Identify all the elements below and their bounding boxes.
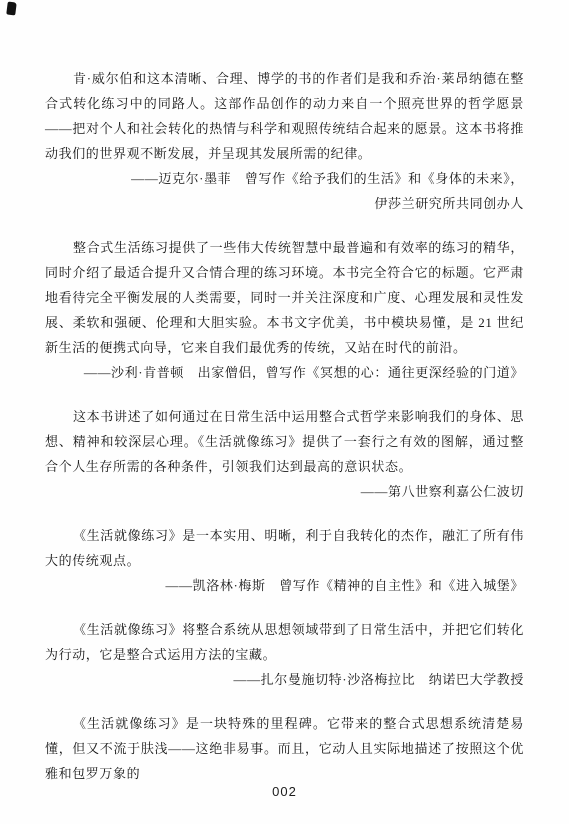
endorsement-block: 《生活就像练习》是一块特殊的里程碑。它带来的整合式思想系统清楚易懂，但又不流于肤… (45, 711, 524, 786)
endorsement-block: 《生活就像练习》是一本实用、明晰，利于自我转化的杰作，融汇了所有伟大的传统观点。… (45, 523, 524, 598)
endorsement-text: 《生活就像练习》是一本实用、明晰，利于自我转化的杰作，融汇了所有伟大的传统观点。 (45, 523, 524, 573)
endorsements-list: 肯·威尔伯和这本清晰、合理、博学的书的作者们是我和乔治·莱昂纳德在整合式转化练习… (45, 66, 524, 805)
attribution-lines: ——扎尔曼施切特·沙洛梅拉比 纳诺巴大学教授 (45, 667, 524, 692)
page-number: 002 (272, 784, 297, 799)
attribution-lines: ——迈克尔·墨菲 曾写作《给予我们的生活》和《身体的未来》，伊莎兰研究所共同创办… (45, 166, 524, 216)
ink-smudge-mark (6, 2, 17, 16)
endorsement-block: 肯·威尔伯和这本清晰、合理、博学的书的作者们是我和乔治·莱昂纳德在整合式转化练习… (45, 66, 524, 216)
attribution-lines: ——沙利·肯普顿 出家僧侣，曾写作《冥想的心：通往更深经验的门道》 (45, 360, 524, 385)
attribution-lines: ——第八世察利嘉公仁波切 (45, 479, 524, 504)
attribution-line: 伊莎兰研究所共同创办人 (45, 191, 524, 216)
attribution-line: ——凯洛林·梅斯 曾写作《精神的自主性》和《进入城堡》 (45, 573, 524, 598)
book-page: 肯·威尔伯和这本清晰、合理、博学的书的作者们是我和乔治·莱昂纳德在整合式转化练习… (0, 0, 569, 824)
attribution-line: ——迈克尔·墨菲 曾写作《给予我们的生活》和《身体的未来》， (45, 166, 524, 191)
attribution-line: ——扎尔曼施切特·沙洛梅拉比 纳诺巴大学教授 (45, 667, 524, 692)
endorsement-block: 这本书讲述了如何通过在日常生活中运用整合式哲学来影响我们的身体、思想、精神和较深… (45, 404, 524, 504)
endorsement-text: 《生活就像练习》将整合系统从思想领域带到了日常生活中，并把它们转化为行动，它是整… (45, 617, 524, 667)
endorsement-text: 《生活就像练习》是一块特殊的里程碑。它带来的整合式思想系统清楚易懂，但又不流于肤… (45, 711, 524, 786)
attribution-line: ——沙利·肯普顿 出家僧侣，曾写作《冥想的心：通往更深经验的门道》 (45, 360, 524, 385)
page-footer: 002 (0, 783, 569, 801)
endorsement-block: 《生活就像练习》将整合系统从思想领域带到了日常生活中，并把它们转化为行动，它是整… (45, 617, 524, 692)
endorsement-text: 这本书讲述了如何通过在日常生活中运用整合式哲学来影响我们的身体、思想、精神和较深… (45, 404, 524, 479)
endorsement-block: 整合式生活练习提供了一些伟大传统智慧中最普遍和有效率的练习的精华，同时介绍了最适… (45, 235, 524, 385)
endorsement-text: 肯·威尔伯和这本清晰、合理、博学的书的作者们是我和乔治·莱昂纳德在整合式转化练习… (45, 66, 524, 166)
attribution-line: ——第八世察利嘉公仁波切 (45, 479, 524, 504)
endorsement-text: 整合式生活练习提供了一些伟大传统智慧中最普遍和有效率的练习的精华，同时介绍了最适… (45, 235, 524, 360)
attribution-lines: ——凯洛林·梅斯 曾写作《精神的自主性》和《进入城堡》 (45, 573, 524, 598)
